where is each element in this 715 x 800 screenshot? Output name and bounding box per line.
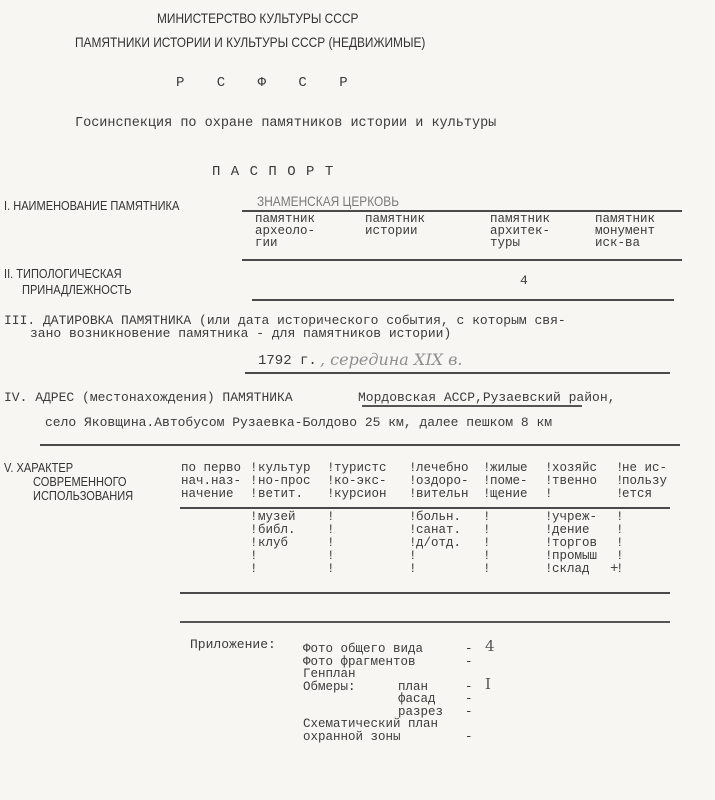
column-separator: !: [250, 488, 258, 500]
section5-label-3: ИСПОЛЬЗОВАНИЯ: [33, 488, 133, 503]
appendix-dash: -: [465, 656, 473, 668]
ministry-title: МИНИСТЕРСТВО КУЛЬТУРЫ СССР: [157, 10, 358, 26]
typology-bottom-rule: [252, 299, 674, 301]
address-line-2: село Яковщина.Автобусом Рузаевка-Болдово…: [45, 416, 552, 429]
column-separator: !: [483, 563, 491, 575]
section2-label-2: ПРИНАДЛЕЖНОСТЬ: [22, 282, 131, 297]
column-separator: !: [250, 511, 258, 523]
column-separator: !: [250, 563, 258, 575]
section5-label-1: V. ХАРАКТЕР: [4, 460, 73, 475]
section3-label-2: зано возникновение памятника - для памят…: [30, 327, 451, 340]
column-separator: !: [616, 537, 624, 549]
column-separator: !: [327, 524, 335, 536]
republic-title: Р С Ф С Р: [176, 77, 360, 90]
column-separator: !: [327, 488, 335, 500]
column-separator: !: [545, 537, 553, 549]
handwritten-dating: , середина XIX в.: [320, 350, 463, 369]
appendix-label: Приложение:: [190, 638, 276, 651]
column-separator: !: [409, 488, 417, 500]
column-separator: !: [545, 511, 553, 523]
usage-header-2: ветит.: [258, 488, 303, 500]
usage-header-1: начение: [181, 488, 234, 500]
column-separator: !: [327, 550, 335, 562]
usage-header-1: по перво: [181, 462, 241, 474]
column-separator: !: [483, 475, 491, 487]
column-separator: !: [250, 537, 258, 549]
usage-header-4: оздоро-: [416, 475, 469, 487]
dating-underline: [245, 372, 670, 374]
column-separator: !: [545, 550, 553, 562]
column-separator: !: [483, 488, 491, 500]
usage-sub-item: учреж-: [552, 511, 597, 523]
column-separator: !: [545, 524, 553, 536]
usage-sub-item: музей: [258, 511, 296, 523]
usage-header-2: культур: [258, 462, 311, 474]
column-separator: !: [250, 462, 258, 474]
section-divider: [180, 621, 670, 623]
column-separator: !: [483, 511, 491, 523]
address-line-1: Мордовская АССР,Рузаевский район,: [358, 391, 615, 404]
usage-sub-item: д/отд.: [416, 537, 461, 549]
typology-column-2-line: истории: [365, 225, 418, 237]
section5-label-2: СОВРЕМЕННОГО: [33, 474, 127, 489]
usage-sub-item: склад: [552, 563, 590, 575]
column-separator: !: [483, 462, 491, 474]
usage-header-5: поме-: [490, 475, 528, 487]
column-separator: !: [616, 475, 624, 487]
column-separator: !: [616, 488, 624, 500]
column-separator: !: [409, 475, 417, 487]
usage-sub-item: клуб: [258, 537, 288, 549]
column-separator: !: [250, 475, 258, 487]
usage-sub-item: дение: [552, 524, 590, 536]
appendix-item: Обмеры:: [303, 681, 356, 693]
usage-sub-item: промыш: [552, 550, 597, 562]
typology-column-4-line: иск-ва: [595, 237, 640, 249]
appendix-value: 4: [485, 640, 495, 652]
appendix-item: Схематический план: [303, 718, 438, 730]
usage-header-2: но-прос: [258, 475, 311, 487]
typology-header-rule: [242, 259, 682, 261]
column-separator: !: [409, 550, 417, 562]
address-rule: [40, 444, 680, 446]
passport-title: П А С П О Р Т: [212, 166, 334, 179]
typology-column-3-line: туры: [490, 237, 520, 249]
column-separator: !: [409, 537, 417, 549]
column-separator: !: [616, 511, 624, 523]
appendix-dash: -: [465, 731, 473, 743]
usage-header-6: твенно: [552, 475, 597, 487]
column-separator: !: [545, 563, 553, 575]
appendix-dash: -: [465, 643, 473, 655]
appendix-sub-item: разрез: [398, 706, 443, 718]
usage-header-4: лечебно: [416, 462, 469, 474]
column-separator: !: [616, 462, 624, 474]
appendix-dash: -: [465, 681, 473, 693]
appendix-value: I: [485, 678, 491, 690]
usage-header-3: курсион: [334, 488, 387, 500]
appendix-dash: -: [465, 706, 473, 718]
usage-header-7: пользу: [622, 475, 667, 487]
typology-mark: 4: [520, 274, 528, 287]
usage-header-3: ко-экс-: [334, 475, 387, 487]
column-separator: !: [327, 511, 335, 523]
usage-header-5: щение: [490, 488, 528, 500]
column-separator: !: [409, 462, 417, 474]
usage-sub-item: санат.: [416, 524, 461, 536]
usage-bottom-rule: [180, 592, 670, 594]
column-separator: !: [250, 550, 258, 562]
typology-column-1-line: гии: [255, 237, 278, 249]
appendix-sub-item: план: [398, 681, 428, 693]
usage-header-1: нач.наз-: [181, 475, 241, 487]
usage-sub-item: библ.: [258, 524, 296, 536]
column-separator: !: [327, 537, 335, 549]
dating-value: 1792 г.: [258, 355, 317, 368]
column-separator: !: [483, 550, 491, 562]
column-separator: !: [545, 488, 553, 500]
appendix-item: Фото фрагментов: [303, 656, 416, 668]
column-separator: !: [327, 462, 335, 474]
section2-label-1: II. ТИПОЛОГИЧЕСКАЯ: [4, 266, 122, 281]
column-separator: !: [409, 524, 417, 536]
column-separator: !: [250, 524, 258, 536]
section4-label: IV. АДРЕС (местонахождения) ПАМЯТНИКА: [4, 391, 293, 404]
usage-header-7: ется: [622, 488, 652, 500]
section1-label: I. НАИМЕНОВАНИЕ ПАМЯТНИКА: [4, 198, 179, 213]
column-separator: !: [327, 475, 335, 487]
usage-header-rule: [180, 507, 670, 509]
appendix-item: охранной зоны: [303, 731, 401, 743]
usage-mark: +: [610, 563, 618, 575]
column-separator: !: [616, 524, 624, 536]
column-separator: !: [409, 563, 417, 575]
column-separator: !: [327, 563, 335, 575]
appendix-item: Фото общего вида: [303, 643, 423, 655]
usage-header-6: хозяйс: [552, 462, 597, 474]
usage-header-5: жилые: [490, 462, 528, 474]
appendix-sub-item: фасад: [398, 693, 436, 705]
document-subtitle: ПАМЯТНИКИ ИСТОРИИ И КУЛЬТУРЫ СССР (НЕДВИ…: [75, 34, 425, 50]
column-separator: !: [545, 475, 553, 487]
appendix-dash: -: [465, 693, 473, 705]
usage-sub-item: больн.: [416, 511, 461, 523]
appendix-item: Генплан: [303, 668, 356, 680]
usage-sub-item: торгов: [552, 537, 597, 549]
column-separator: !: [545, 462, 553, 474]
usage-header-4: вительн: [416, 488, 469, 500]
usage-header-7: не ис-: [622, 462, 667, 474]
column-separator: !: [409, 511, 417, 523]
column-separator: !: [483, 537, 491, 549]
address-underline: [362, 405, 582, 407]
column-separator: !: [483, 524, 491, 536]
inspection-title: Госинспекция по охране памятников истори…: [75, 117, 496, 130]
usage-header-3: туристс: [334, 462, 387, 474]
monument-name: ЗНАМЕНСКАЯ ЦЕРКОВЬ: [257, 193, 399, 209]
